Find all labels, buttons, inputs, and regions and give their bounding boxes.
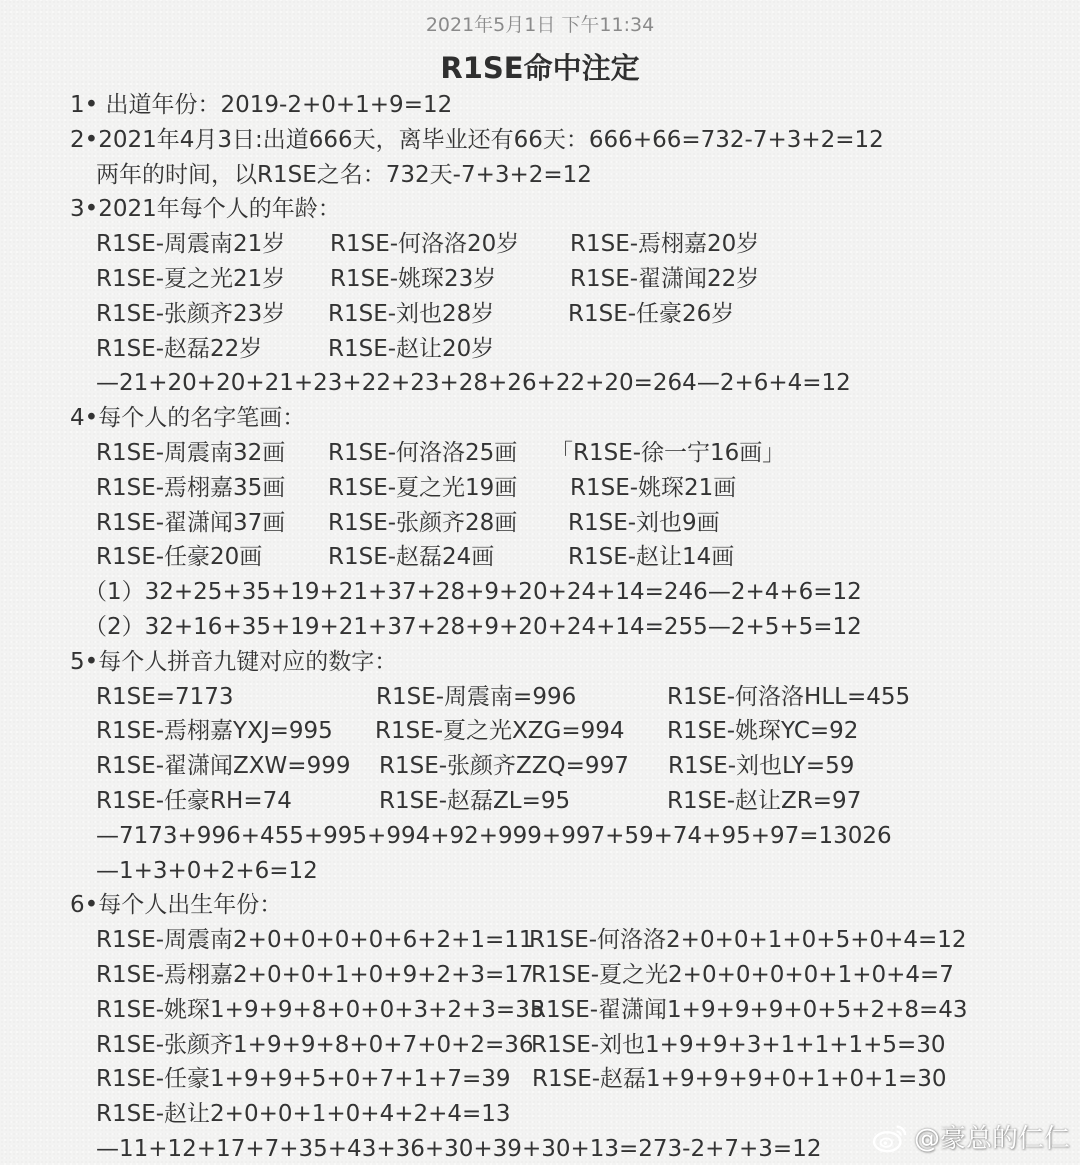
pinyin-item: R1SE=7173: [96, 680, 234, 715]
weibo-icon: [872, 1121, 910, 1153]
pinyin-item: R1SE-焉栩嘉YXJ=995: [96, 714, 333, 749]
note-title: R1SE命中注定: [0, 46, 1080, 87]
stroke-item: R1SE-赵磊24画: [328, 540, 494, 575]
birth-row: R1SE-任豪1+9+9+5+0+7+1+7=39 R1SE-赵磊1+9+9+9…: [70, 1062, 1070, 1097]
birth-row: R1SE-张颜齐1+9+9+8+0+7+0+2=36 R1SE-刘也1+9+9+…: [70, 1028, 1070, 1063]
birth-item: R1SE-姚琛1+9+9+8+0+0+3+2+3=35: [96, 993, 544, 1028]
age-item: R1SE-周震南21岁: [96, 227, 285, 262]
section-1-line: 1• 出道年份：2019-2+0+1+9=12: [70, 88, 1070, 123]
stroke-row: R1SE-翟潇闻37画 R1SE-张颜齐28画 R1SE-刘也9画: [70, 506, 1070, 541]
birth-item: R1SE-夏之光2+0+0+0+0+1+0+4=7: [531, 958, 954, 993]
stroke-row: R1SE-周震南32画 R1SE-何洛洛25画 「R1SE-徐一宁16画」: [70, 436, 1070, 471]
pinyin-item: R1SE-刘也LY=59: [668, 749, 854, 784]
pinyin-item: R1SE-何洛洛HLL=455: [667, 680, 910, 715]
stroke-item: R1SE-赵让14画: [568, 540, 734, 575]
pinyin-item: R1SE-周震南=996: [376, 680, 576, 715]
pinyin-sum-2: —1+3+0+2+6=12: [70, 854, 1070, 889]
age-item: R1SE-刘也28岁: [328, 297, 494, 332]
age-item: R1SE-姚琛23岁: [330, 262, 496, 297]
stroke-item: R1SE-翟潇闻37画: [96, 506, 285, 541]
section-6-heading: 6•每个人出生年份：: [70, 888, 1070, 923]
birth-item: R1SE-刘也1+9+9+3+1+1+1+5=30: [531, 1028, 946, 1063]
stroke-item: R1SE-夏之光19画: [328, 471, 517, 506]
note-body: 1• 出道年份：2019-2+0+1+9=12 2•2021年4月3日:出道66…: [70, 88, 1070, 1165]
stroke-sum-1: （1）32+25+35+19+21+37+28+9+20+24+14=246—2…: [70, 575, 1070, 610]
pinyin-row: R1SE=7173 R1SE-周震南=996 R1SE-何洛洛HLL=455: [70, 680, 1070, 715]
birth-item: R1SE-周震南2+0+0+0+0+6+2+1=11: [96, 923, 534, 958]
birth-item: R1SE-焉栩嘉2+0+0+1+0+9+2+3=17: [96, 958, 534, 993]
pinyin-sum-1: —7173+996+455+995+994+92+999+997+59+74+9…: [70, 819, 1070, 854]
birth-item: R1SE-赵磊1+9+9+9+0+1+0+1=30: [532, 1062, 947, 1097]
section-2-line-1: 2•2021年4月3日:出道666天，离毕业还有66天：666+66=732-7…: [70, 123, 1070, 158]
age-item: R1SE-赵磊22岁: [96, 332, 262, 367]
age-row: R1SE-赵磊22岁 R1SE-赵让20岁: [70, 332, 1070, 367]
age-item: R1SE-何洛洛20岁: [330, 227, 519, 262]
pinyin-row: R1SE-翟潇闻ZXW=999 R1SE-张颜齐ZZQ=997 R1SE-刘也L…: [70, 749, 1070, 784]
age-sum: —21+20+20+21+23+22+23+28+26+22+20=264—2+…: [70, 366, 1070, 401]
pinyin-item: R1SE-赵磊ZL=95: [379, 784, 570, 819]
birth-item: R1SE-任豪1+9+9+5+0+7+1+7=39: [96, 1062, 511, 1097]
birth-row: R1SE-姚琛1+9+9+8+0+0+3+2+3=35 R1SE-翟潇闻1+9+…: [70, 993, 1070, 1028]
age-item: R1SE-任豪26岁: [568, 297, 734, 332]
watermark-text: @豪总的仁仁: [914, 1118, 1070, 1155]
birth-item: R1SE-何洛洛2+0+0+1+0+5+0+4=12: [529, 923, 967, 958]
pinyin-row: R1SE-焉栩嘉YXJ=995 R1SE-夏之光XZG=994 R1SE-姚琛Y…: [70, 714, 1070, 749]
stroke-item: R1SE-何洛洛25画: [328, 436, 517, 471]
age-item: R1SE-焉栩嘉20岁: [570, 227, 759, 262]
stroke-item: R1SE-姚琛21画: [570, 471, 736, 506]
age-row: R1SE-夏之光21岁 R1SE-姚琛23岁 R1SE-翟潇闻22岁: [70, 262, 1070, 297]
birth-item: R1SE-赵让2+0+0+1+0+4+2+4=13: [96, 1097, 511, 1132]
age-item: R1SE-张颜齐23岁: [96, 297, 285, 332]
section-3-heading: 3•2021年每个人的年龄：: [70, 192, 1070, 227]
pinyin-item: R1SE-赵让ZR=97: [667, 784, 861, 819]
pinyin-item: R1SE-夏之光XZG=994: [375, 714, 625, 749]
age-item: R1SE-赵让20岁: [328, 332, 494, 367]
stroke-item: R1SE-周震南32画: [96, 436, 285, 471]
age-row: R1SE-张颜齐23岁 R1SE-刘也28岁 R1SE-任豪26岁: [70, 297, 1070, 332]
section-2-line-2: 两年的时间，以R1SE之名：732天-7+3+2=12: [70, 158, 1070, 193]
stroke-item: R1SE-刘也9画: [568, 506, 720, 541]
pinyin-item: R1SE-翟潇闻ZXW=999: [96, 749, 350, 784]
age-item: R1SE-翟潇闻22岁: [570, 262, 759, 297]
age-item: R1SE-夏之光21岁: [96, 262, 285, 297]
stroke-item: R1SE-张颜齐28画: [328, 506, 517, 541]
birth-row: R1SE-周震南2+0+0+0+0+6+2+1=11 R1SE-何洛洛2+0+0…: [70, 923, 1070, 958]
section-5-heading: 5•每个人拼音九键对应的数字：: [70, 645, 1070, 680]
stroke-sum-2: （2）32+16+35+19+21+37+28+9+20+24+14=255—2…: [70, 610, 1070, 645]
stroke-row: R1SE-焉栩嘉35画 R1SE-夏之光19画 R1SE-姚琛21画: [70, 471, 1070, 506]
pinyin-item: R1SE-任豪RH=74: [96, 784, 292, 819]
birth-item: R1SE-张颜齐1+9+9+8+0+7+0+2=36: [96, 1028, 534, 1063]
weibo-watermark: @豪总的仁仁: [872, 1118, 1070, 1155]
section-4-heading: 4•每个人的名字笔画：: [70, 401, 1070, 436]
stroke-item: R1SE-任豪20画: [96, 540, 262, 575]
birth-item: R1SE-翟潇闻1+9+9+9+0+5+2+8=43: [530, 993, 968, 1028]
pinyin-item: R1SE-姚琛YC=92: [667, 714, 858, 749]
pinyin-item: R1SE-张颜齐ZZQ=997: [379, 749, 629, 784]
stroke-item: 「R1SE-徐一宁16画」: [550, 436, 785, 471]
age-row: R1SE-周震南21岁 R1SE-何洛洛20岁 R1SE-焉栩嘉20岁: [70, 227, 1070, 262]
pinyin-row: R1SE-任豪RH=74 R1SE-赵磊ZL=95 R1SE-赵让ZR=97: [70, 784, 1070, 819]
stroke-row: R1SE-任豪20画 R1SE-赵磊24画 R1SE-赵让14画: [70, 540, 1070, 575]
stroke-item: R1SE-焉栩嘉35画: [96, 471, 285, 506]
timestamp: 2021年5月1日 下午11:34: [0, 10, 1080, 37]
birth-row: R1SE-焉栩嘉2+0+0+1+0+9+2+3=17 R1SE-夏之光2+0+0…: [70, 958, 1070, 993]
